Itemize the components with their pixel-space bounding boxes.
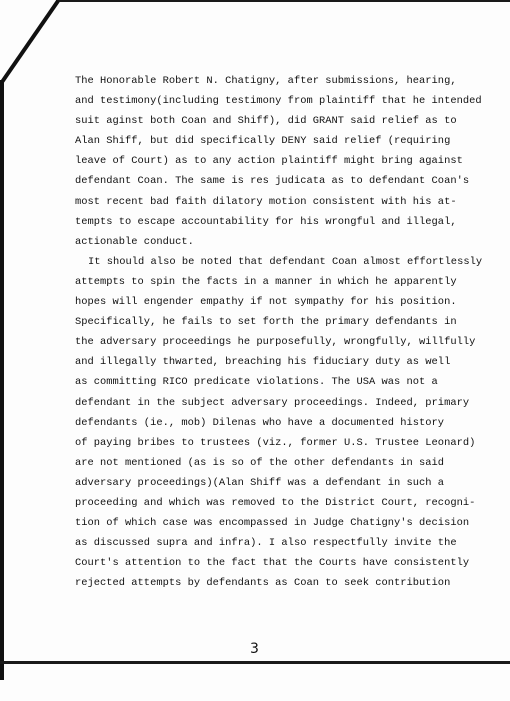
- text-line: are not mentioned (as is so of the other…: [75, 453, 505, 473]
- text-line: the adversary proceedings he purposefull…: [75, 332, 505, 352]
- text-line: defendant Coan. The same is res judicata…: [75, 171, 505, 191]
- scan-border-top: [56, 0, 510, 2]
- scan-border-bottom: [0, 661, 510, 664]
- text-line: as discussed supra and infra). I also re…: [75, 533, 505, 553]
- document-page: The Honorable Robert N. Chatigny, after …: [0, 0, 510, 701]
- text-line: actionable conduct.: [75, 232, 505, 252]
- text-line: hopes will engender empathy if not sympa…: [75, 292, 505, 312]
- text-line: and illegally thwarted, breaching his fi…: [75, 352, 505, 372]
- text-line: It should also be noted that defendant C…: [75, 252, 505, 272]
- text-line: of paying bribes to trustees (viz., form…: [75, 433, 505, 453]
- text-line: Specifically, he fails to set forth the …: [75, 312, 505, 332]
- text-line: attempts to spin the facts in a manner i…: [75, 272, 505, 292]
- text-line: The Honorable Robert N. Chatigny, after …: [75, 71, 505, 91]
- body-text: The Honorable Robert N. Chatigny, after …: [75, 71, 505, 593]
- text-line: adversary proceedings)(Alan Shiff was a …: [75, 473, 505, 493]
- text-line: tion of which case was encompassed in Ju…: [75, 513, 505, 533]
- text-line: rejected attempts by defendants as Coan …: [75, 573, 505, 593]
- text-line: defendants (ie., mob) Dilenas who have a…: [75, 413, 505, 433]
- text-line: suit aginst both Coan and Shiff), did GR…: [75, 111, 505, 131]
- text-line: Alan Shiff, but did specifically DENY sa…: [75, 131, 505, 151]
- text-line: most recent bad faith dilatory motion co…: [75, 192, 505, 212]
- text-line: defendant in the subject adversary proce…: [75, 393, 505, 413]
- page-number: 3: [250, 641, 259, 657]
- scan-border-corner: [0, 0, 60, 84]
- text-line: leave of Court) as to any action plainti…: [75, 151, 505, 171]
- text-line: proceeding and which was removed to the …: [75, 493, 505, 513]
- text-line: Court's attention to the fact that the C…: [75, 553, 505, 573]
- text-line: tempts to escape accountability for his …: [75, 212, 505, 232]
- text-line: as committing RICO predicate violations.…: [75, 372, 505, 392]
- scan-border-left: [0, 80, 4, 680]
- text-line: and testimony(including testimony from p…: [75, 91, 505, 111]
